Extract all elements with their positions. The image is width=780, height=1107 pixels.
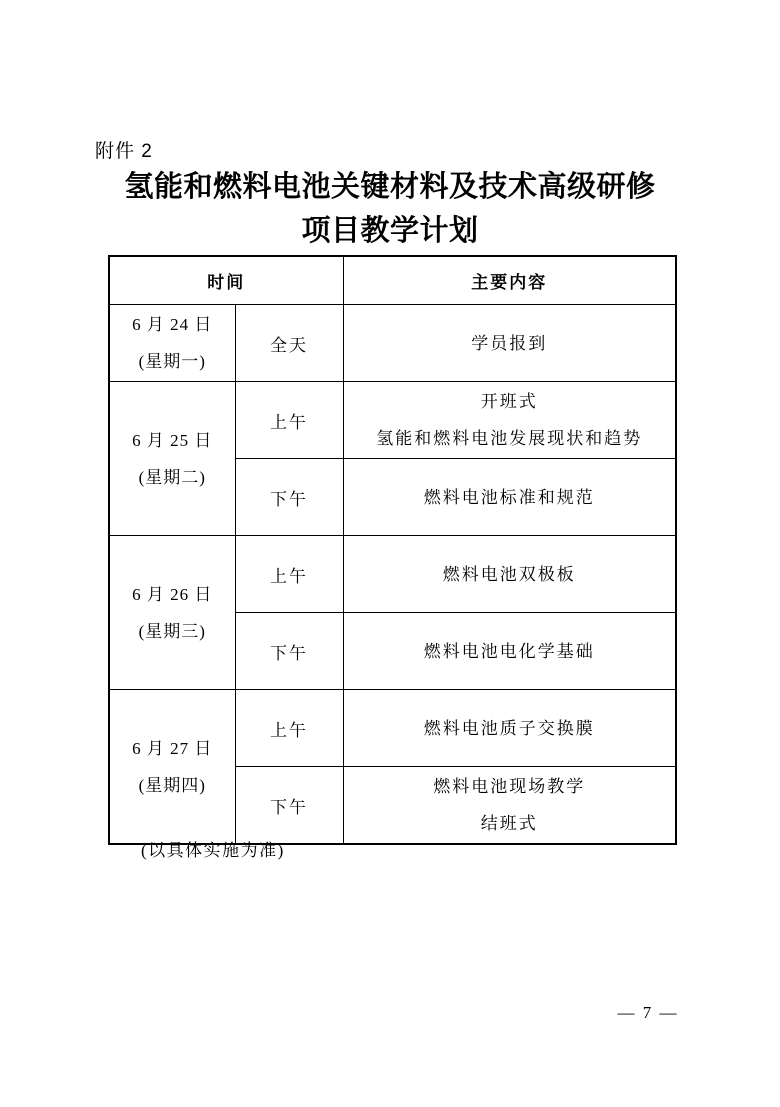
document-page: 附件 2 氢能和燃料电池关键材料及技术高级研修 项目教学计划 时间 主要内容 6…: [0, 0, 780, 1107]
content-cell: 学员报到: [343, 305, 676, 382]
content-cell: 燃料电池标准和规范: [343, 459, 676, 536]
document-title-line2: 项目教学计划: [0, 209, 780, 253]
weekday-line: (星期二): [114, 459, 231, 496]
period-cell: 下午: [235, 459, 343, 536]
document-title: 氢能和燃料电池关键材料及技术高级研修 项目教学计划: [0, 165, 780, 253]
period-cell: 上午: [235, 690, 343, 767]
content-line: 燃料电池电化学基础: [348, 633, 672, 670]
table-header-row: 时间 主要内容: [109, 256, 676, 305]
content-line: 燃料电池标准和规范: [348, 479, 672, 516]
content-line: 燃料电池现场教学: [348, 768, 672, 805]
date-cell: 6 月 25 日 (星期二): [109, 382, 235, 536]
content-line: 氢能和燃料电池发展现状和趋势: [348, 420, 672, 457]
date-line: 6 月 24 日: [114, 306, 231, 343]
date-line: 6 月 27 日: [114, 730, 231, 767]
table-row: 6 月 26 日 (星期三) 上午 燃料电池双极板: [109, 536, 676, 613]
content-line: 结班式: [348, 805, 672, 842]
period-cell: 下午: [235, 613, 343, 690]
period-cell: 全天: [235, 305, 343, 382]
footnote: (以具体实施为准): [141, 836, 285, 861]
period-cell: 上午: [235, 536, 343, 613]
teaching-plan-table: 时间 主要内容 6 月 24 日 (星期一) 全天 学员报到 6 月 25 日: [108, 255, 677, 845]
period-cell: 下午: [235, 767, 343, 845]
content-cell: 燃料电池电化学基础: [343, 613, 676, 690]
content-cell: 燃料电池质子交换膜: [343, 690, 676, 767]
date-line: 6 月 26 日: [114, 576, 231, 613]
column-header-time: 时间: [109, 256, 343, 305]
document-title-line1: 氢能和燃料电池关键材料及技术高级研修: [0, 165, 780, 209]
content-line: 开班式: [348, 383, 672, 420]
content-cell: 燃料电池现场教学 结班式: [343, 767, 676, 845]
content-cell: 燃料电池双极板: [343, 536, 676, 613]
weekday-line: (星期四): [114, 767, 231, 804]
date-cell: 6 月 27 日 (星期四): [109, 690, 235, 845]
table-row: 6 月 24 日 (星期一) 全天 学员报到: [109, 305, 676, 382]
table-row: 6 月 27 日 (星期四) 上午 燃料电池质子交换膜: [109, 690, 676, 767]
date-line: 6 月 25 日: [114, 422, 231, 459]
weekday-line: (星期一): [114, 343, 231, 380]
content-line: 学员报到: [348, 325, 672, 362]
attachment-label: 附件 2: [95, 136, 153, 163]
period-cell: 上午: [235, 382, 343, 459]
content-cell: 开班式 氢能和燃料电池发展现状和趋势: [343, 382, 676, 459]
content-line: 燃料电池质子交换膜: [348, 710, 672, 747]
page-number: — 7 —: [608, 1003, 688, 1023]
date-cell: 6 月 26 日 (星期三): [109, 536, 235, 690]
content-line: 燃料电池双极板: [348, 556, 672, 593]
column-header-content: 主要内容: [343, 256, 676, 305]
weekday-line: (星期三): [114, 613, 231, 650]
date-cell: 6 月 24 日 (星期一): [109, 305, 235, 382]
table-row: 6 月 25 日 (星期二) 上午 开班式 氢能和燃料电池发展现状和趋势: [109, 382, 676, 459]
